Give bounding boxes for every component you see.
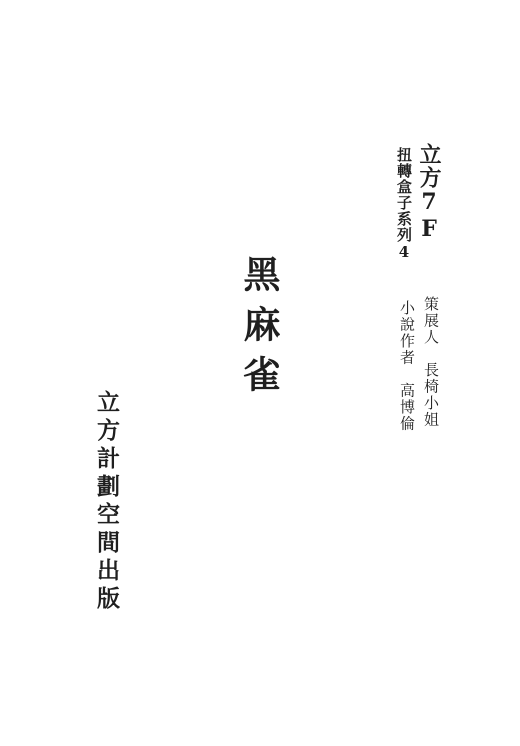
book-title: 黑麻雀 [240,255,277,405]
series-venue-label: 立方7F [418,143,440,262]
series-name-label: 扭轉盒子系列4 [396,147,411,262]
book-title-page: 立方7F 扭轉盒子系列4 黑麻雀 策展人 長椅小姐 小說作者 高博倫 立方計劃空… [0,0,520,746]
author-credit: 小說作者 高博倫 [399,300,414,432]
series-block: 立方7F 扭轉盒子系列4 [396,143,440,262]
curator-credit: 策展人 長椅小姐 [423,296,438,432]
credits-block: 策展人 長椅小姐 小說作者 高博倫 [399,296,438,432]
publisher-label: 立方計劃空間出版 [95,390,118,614]
